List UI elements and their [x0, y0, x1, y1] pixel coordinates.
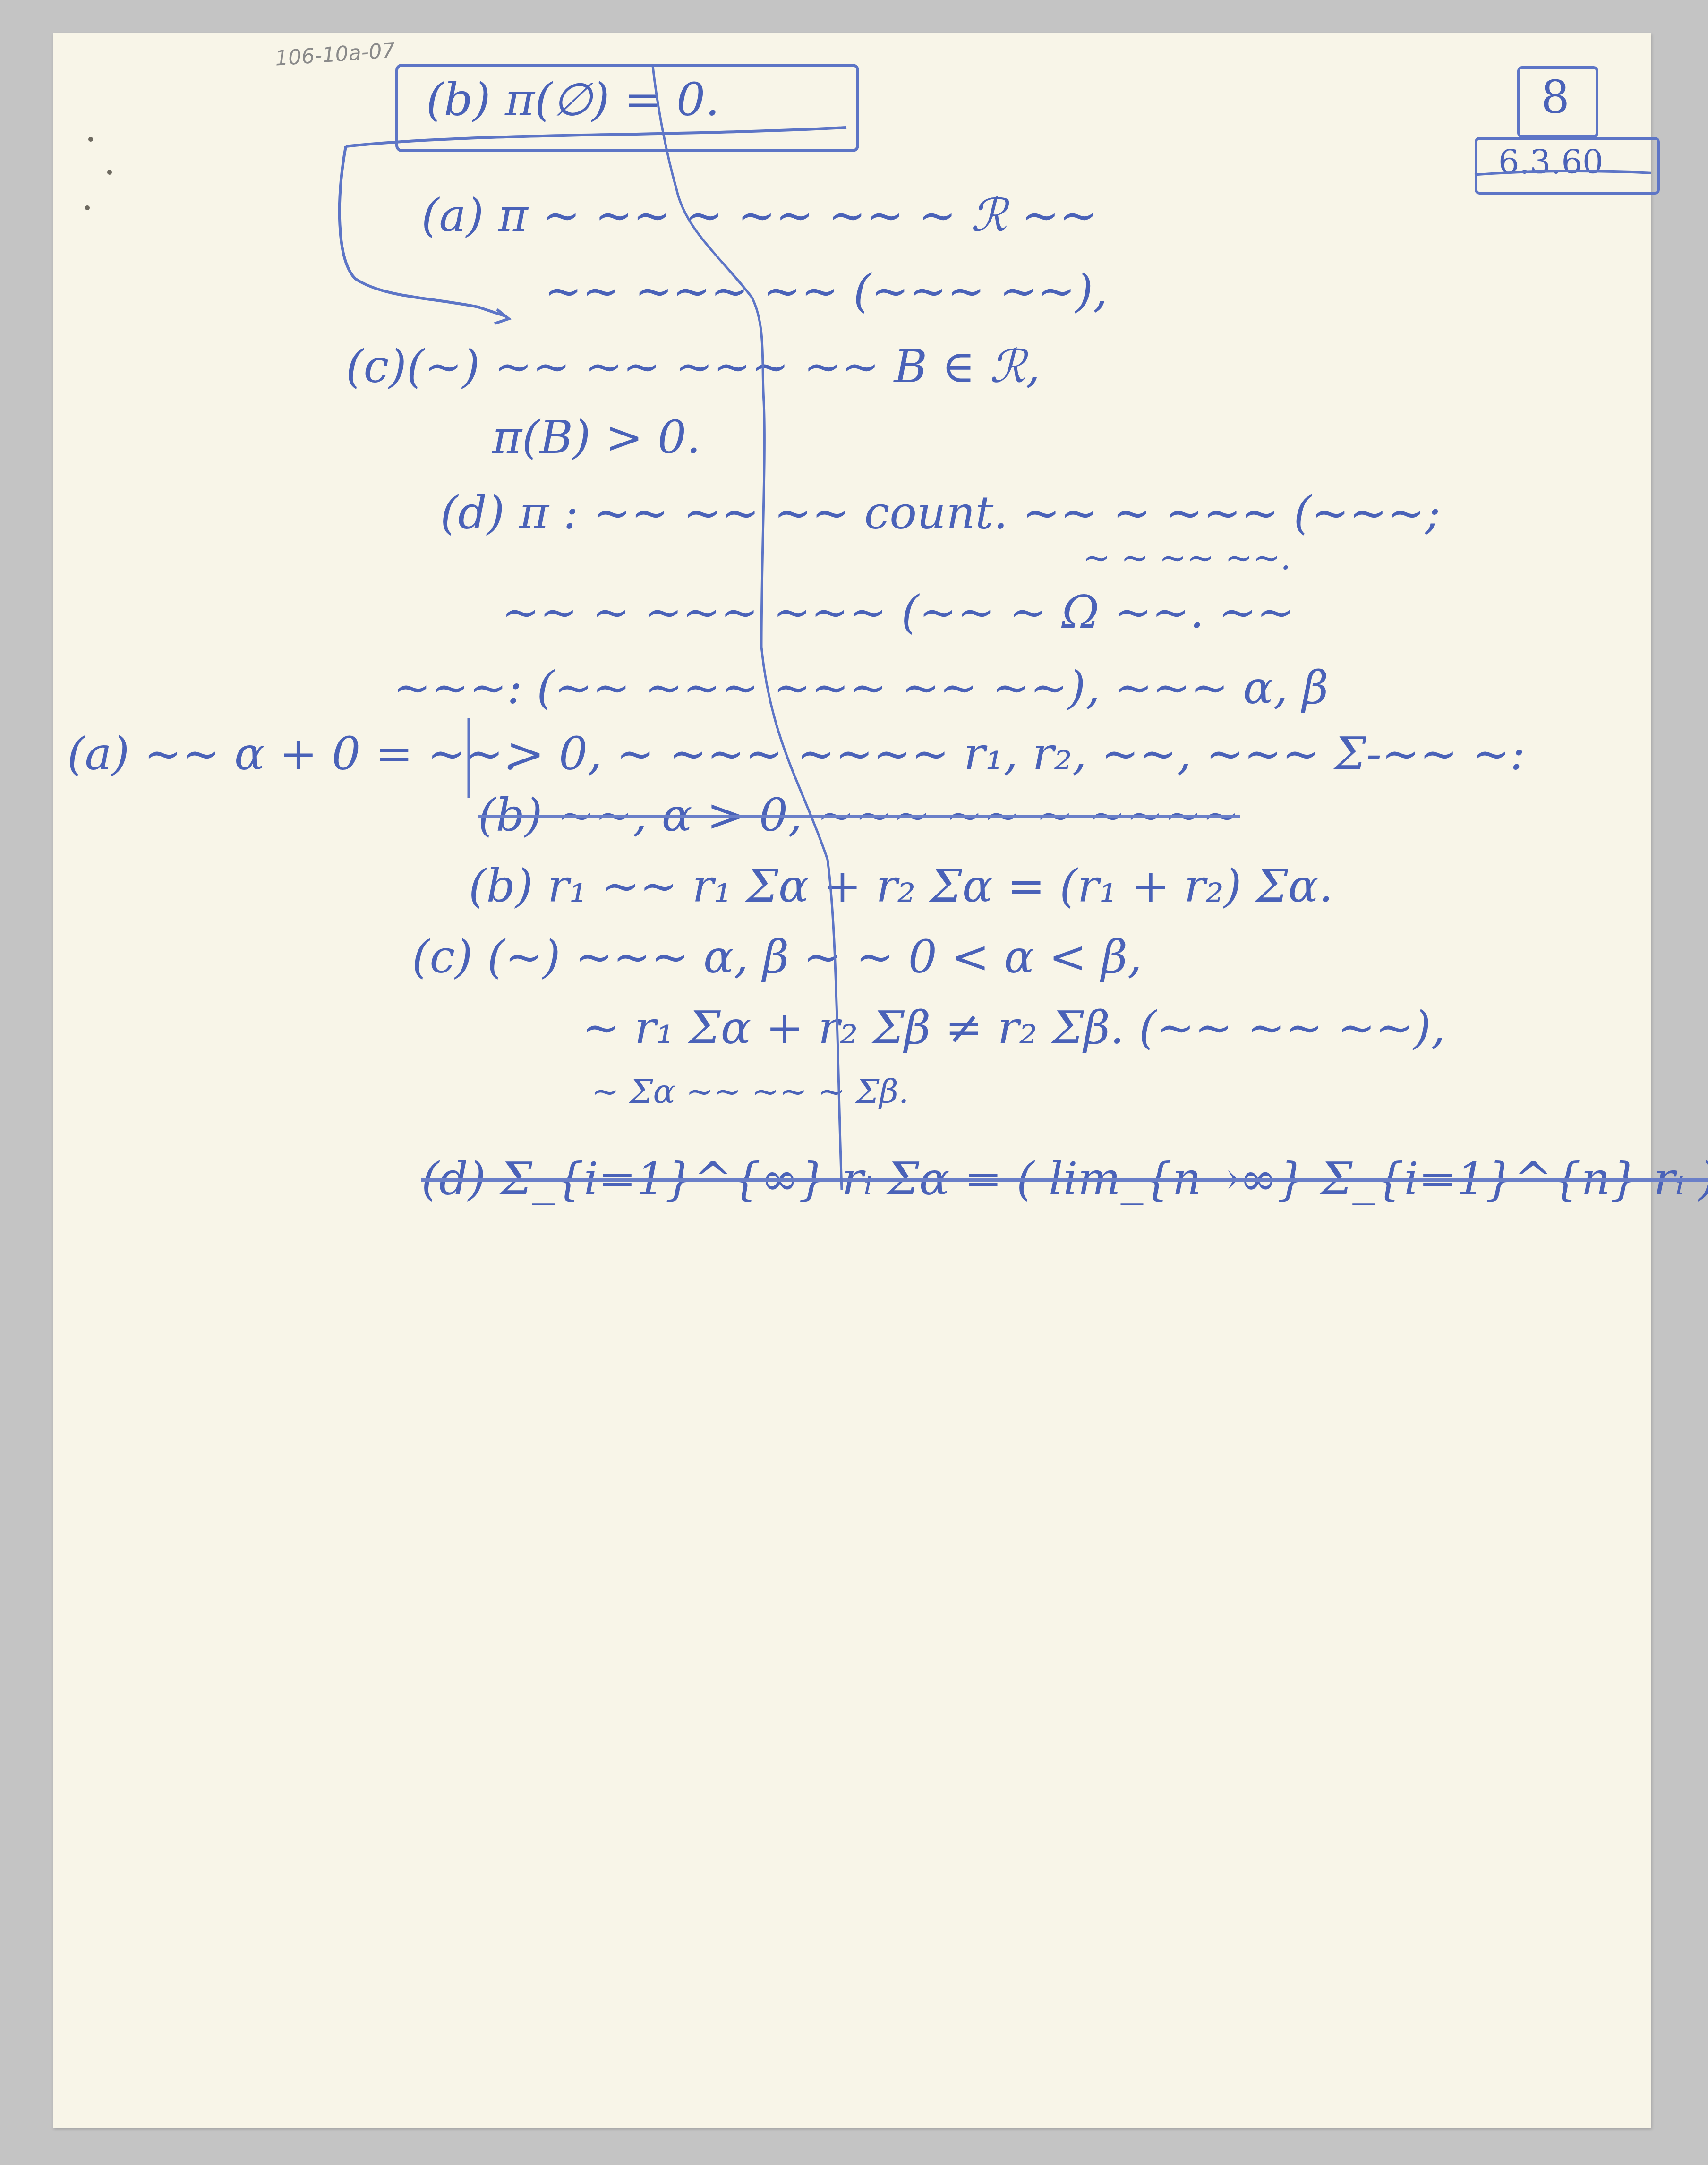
manuscript-page: 106-10a-07 8 6.3.60 (b) π(∅) = 0. (a) π … — [53, 33, 1651, 2128]
connector-strokes — [53, 33, 1651, 2128]
